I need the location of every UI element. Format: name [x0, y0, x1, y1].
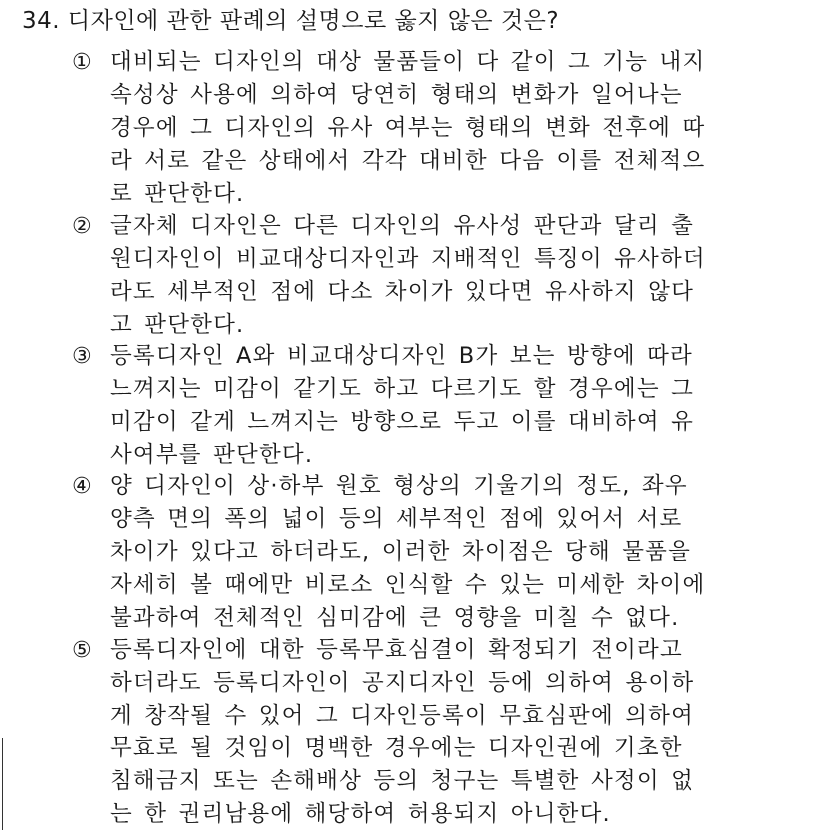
- option-4-text: 양 디자인이 상·하부 원호 형상의 기울기의 정도, 좌우 양측 면의 폭의 …: [110, 470, 705, 635]
- option-1-text: 대비되는 디자인의 대상 물품들이 다 같이 그 기능 내지 속성상 사용에 의…: [110, 46, 705, 211]
- option-marker-4: ④: [72, 470, 108, 503]
- option-line: 미감이 같게 느껴지는 방향으로 두고 이를 대비하여 유: [110, 406, 694, 439]
- option-line: 침해금지 또는 손해배상 등의 청구는 특별한 사정이 없: [110, 765, 694, 798]
- option-line: 불과하여 전체적인 심미감에 큰 영향을 미칠 수 없다.: [110, 602, 705, 635]
- option-line: 로 판단한다.: [110, 178, 705, 211]
- option-marker-1: ①: [72, 46, 108, 79]
- option-line: 무효로 될 것임이 명백한 경우에는 디자인권에 기초한: [110, 732, 694, 765]
- option-line: 대비되는 디자인의 대상 물품들이 다 같이 그 기능 내지: [110, 46, 705, 79]
- option-line: 는 한 권리남용에 해당하여 허용되지 아니한다.: [110, 798, 694, 830]
- option-line: 원디자인이 비교대상디자인과 지배적인 특징이 유사하더: [110, 243, 706, 276]
- option-line: 느껴지는 미감이 같기도 하고 다르기도 할 경우에는 그: [110, 373, 694, 406]
- option-marker-3: ③: [72, 340, 108, 373]
- option-line: 차이가 있다고 하더라도, 이러한 차이점은 당해 물품을: [110, 536, 705, 569]
- option-marker-2: ②: [72, 210, 108, 243]
- option-3-text: 등록디자인 A와 비교대상디자인 B가 보는 방향에 따라 느껴지는 미감이 같…: [110, 340, 694, 472]
- option-marker-5: ⑤: [72, 634, 108, 667]
- option-line: 등록디자인 A와 비교대상디자인 B가 보는 방향에 따라: [110, 340, 694, 373]
- option-line: 양 디자인이 상·하부 원호 형상의 기울기의 정도, 좌우: [110, 470, 705, 503]
- option-line: 고 판단한다.: [110, 309, 706, 342]
- option-line: 자세히 볼 때에만 비로소 인식할 수 있는 미세한 차이에: [110, 569, 705, 602]
- option-line: 속성상 사용에 의하여 당연히 형태의 변화가 일어나는: [110, 79, 705, 112]
- option-line: 사여부를 판단한다.: [110, 439, 694, 472]
- option-5-text: 등록디자인에 대한 등록무효심결이 확정되기 전이라고 하더라도 등록디자인이 …: [110, 634, 694, 733]
- page-edge-rule: [2, 738, 3, 830]
- option-line: 게 창작될 수 있어 그 디자인등록이 무효심판에 의하여: [110, 700, 694, 733]
- option-line: 라도 세부적인 점에 다소 차이가 있다면 유사하지 않다: [110, 276, 706, 309]
- option-line: 양측 면의 폭의 넓이 등의 세부적인 점에 있어서 서로: [110, 503, 705, 536]
- question-title: 34. 디자인에 관한 판례의 설명으로 옳지 않은 것은?: [22, 6, 559, 36]
- option-5-continuation-text: 무효로 될 것임이 명백한 경우에는 디자인권에 기초한 침해금지 또는 손해배…: [110, 732, 694, 830]
- question-number: 34.: [22, 8, 60, 34]
- option-line: 하더라도 등록디자인이 공지디자인 등에 의하여 용이하: [110, 667, 694, 700]
- option-line: 글자체 디자인은 다른 디자인의 유사성 판단과 달리 출: [110, 210, 706, 243]
- option-line: 경우에 그 디자인의 유사 여부는 형태의 변화 전후에 따: [110, 112, 705, 145]
- option-2-text: 글자체 디자인은 다른 디자인의 유사성 판단과 달리 출 원디자인이 비교대상…: [110, 210, 706, 342]
- question-text: 디자인에 관한 판례의 설명으로 옳지 않은 것은?: [68, 8, 559, 34]
- option-line: 등록디자인에 대한 등록무효심결이 확정되기 전이라고: [110, 634, 694, 667]
- option-line: 라 서로 같은 상태에서 각각 대비한 다음 이를 전체적으: [110, 145, 705, 178]
